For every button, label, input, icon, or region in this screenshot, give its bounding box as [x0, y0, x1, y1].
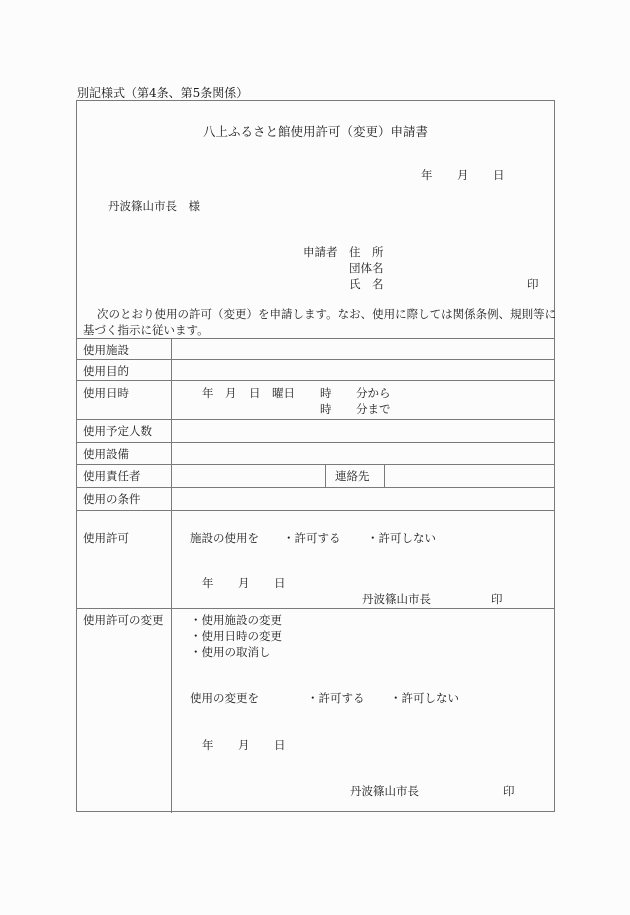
- dt-weekday: 曜日: [272, 385, 295, 401]
- applicant-address-label: 住 所: [349, 244, 384, 260]
- applicant-name-label: 氏 名: [349, 276, 384, 292]
- addressee: 丹波篠山市長 様: [108, 198, 200, 214]
- form-title: 八上ふるさと館使用許可（変更）申請書: [77, 122, 554, 140]
- dt-min-to: 分まで: [356, 401, 391, 417]
- applicant-label: 申請者: [303, 244, 338, 260]
- label-equipment: 使用設備: [83, 446, 129, 462]
- label-contact: 連絡先: [335, 468, 370, 484]
- change-seal: 印: [503, 783, 515, 799]
- dt-hour-to: 時: [320, 401, 332, 417]
- people-field[interactable]: [172, 420, 555, 442]
- dt-month: 月: [225, 385, 237, 401]
- label-datetime: 使用日時: [83, 385, 129, 401]
- label-permit-change: 使用許可の変更: [83, 612, 164, 628]
- label-manager: 使用責任者: [83, 468, 141, 484]
- change-option-facility[interactable]: ・使用施設の変更: [190, 612, 282, 628]
- change-deny-option[interactable]: ・許可しない: [390, 690, 459, 706]
- dt-day: 日: [249, 385, 261, 401]
- contact-field[interactable]: [385, 465, 555, 487]
- change-day: 日: [274, 737, 286, 753]
- equipment-field[interactable]: [172, 443, 555, 464]
- manager-field[interactable]: [172, 465, 325, 487]
- facility-field[interactable]: [172, 339, 555, 359]
- table-divider: [77, 510, 554, 511]
- change-mayor: 丹波篠山市長: [350, 783, 419, 799]
- permit-deny-option[interactable]: ・許可しない: [367, 530, 436, 546]
- dt-min-from: 分から: [356, 385, 391, 401]
- change-prompt: 使用の変更を: [190, 690, 259, 706]
- intro-text-line1: 次のとおり使用の許可（変更）を申請します。なお、使用に際しては関係条例、規則等に: [97, 306, 556, 322]
- label-facility: 使用施設: [83, 342, 129, 358]
- change-allow-option[interactable]: ・許可する: [307, 690, 365, 706]
- label-permit: 使用許可: [83, 530, 129, 546]
- intro-text-line2: 基づく指示に従います。: [83, 322, 209, 338]
- permit-allow-option[interactable]: ・許可する: [283, 530, 341, 546]
- dt-hour-from: 時: [320, 385, 332, 401]
- table-divider: [77, 380, 554, 381]
- change-month: 月: [238, 737, 250, 753]
- permit-month: 月: [238, 575, 250, 591]
- conditions-field[interactable]: [172, 488, 555, 510]
- applicant-group-label: 団体名: [349, 260, 384, 276]
- label-purpose: 使用目的: [83, 363, 129, 379]
- date-year: 年: [421, 167, 433, 183]
- label-column-divider: [171, 338, 172, 813]
- permit-mayor: 丹波篠山市長: [362, 591, 431, 607]
- label-conditions: 使用の条件: [83, 491, 141, 507]
- permit-prompt: 施設の使用を: [190, 530, 259, 546]
- label-people: 使用予定人数: [83, 423, 152, 439]
- purpose-field[interactable]: [172, 360, 555, 380]
- form-caption: 別記様式（第4条、第5条関係）: [77, 84, 248, 101]
- date-day: 日: [493, 167, 505, 183]
- application-form: 八上ふるさと館使用許可（変更）申請書 年 月 日 丹波篠山市長 様 申請者 住 …: [76, 100, 555, 812]
- permit-day: 日: [274, 575, 286, 591]
- change-year: 年: [202, 737, 214, 753]
- dt-year: 年: [202, 385, 214, 401]
- applicant-seal: 印: [527, 276, 539, 292]
- change-option-cancel[interactable]: ・使用の取消し: [190, 644, 271, 660]
- date-month: 月: [457, 167, 469, 183]
- change-option-datetime[interactable]: ・使用日時の変更: [190, 628, 282, 644]
- contact-divider-left: [325, 464, 326, 487]
- permit-seal: 印: [491, 591, 503, 607]
- table-divider: [77, 608, 554, 609]
- permit-year: 年: [202, 575, 214, 591]
